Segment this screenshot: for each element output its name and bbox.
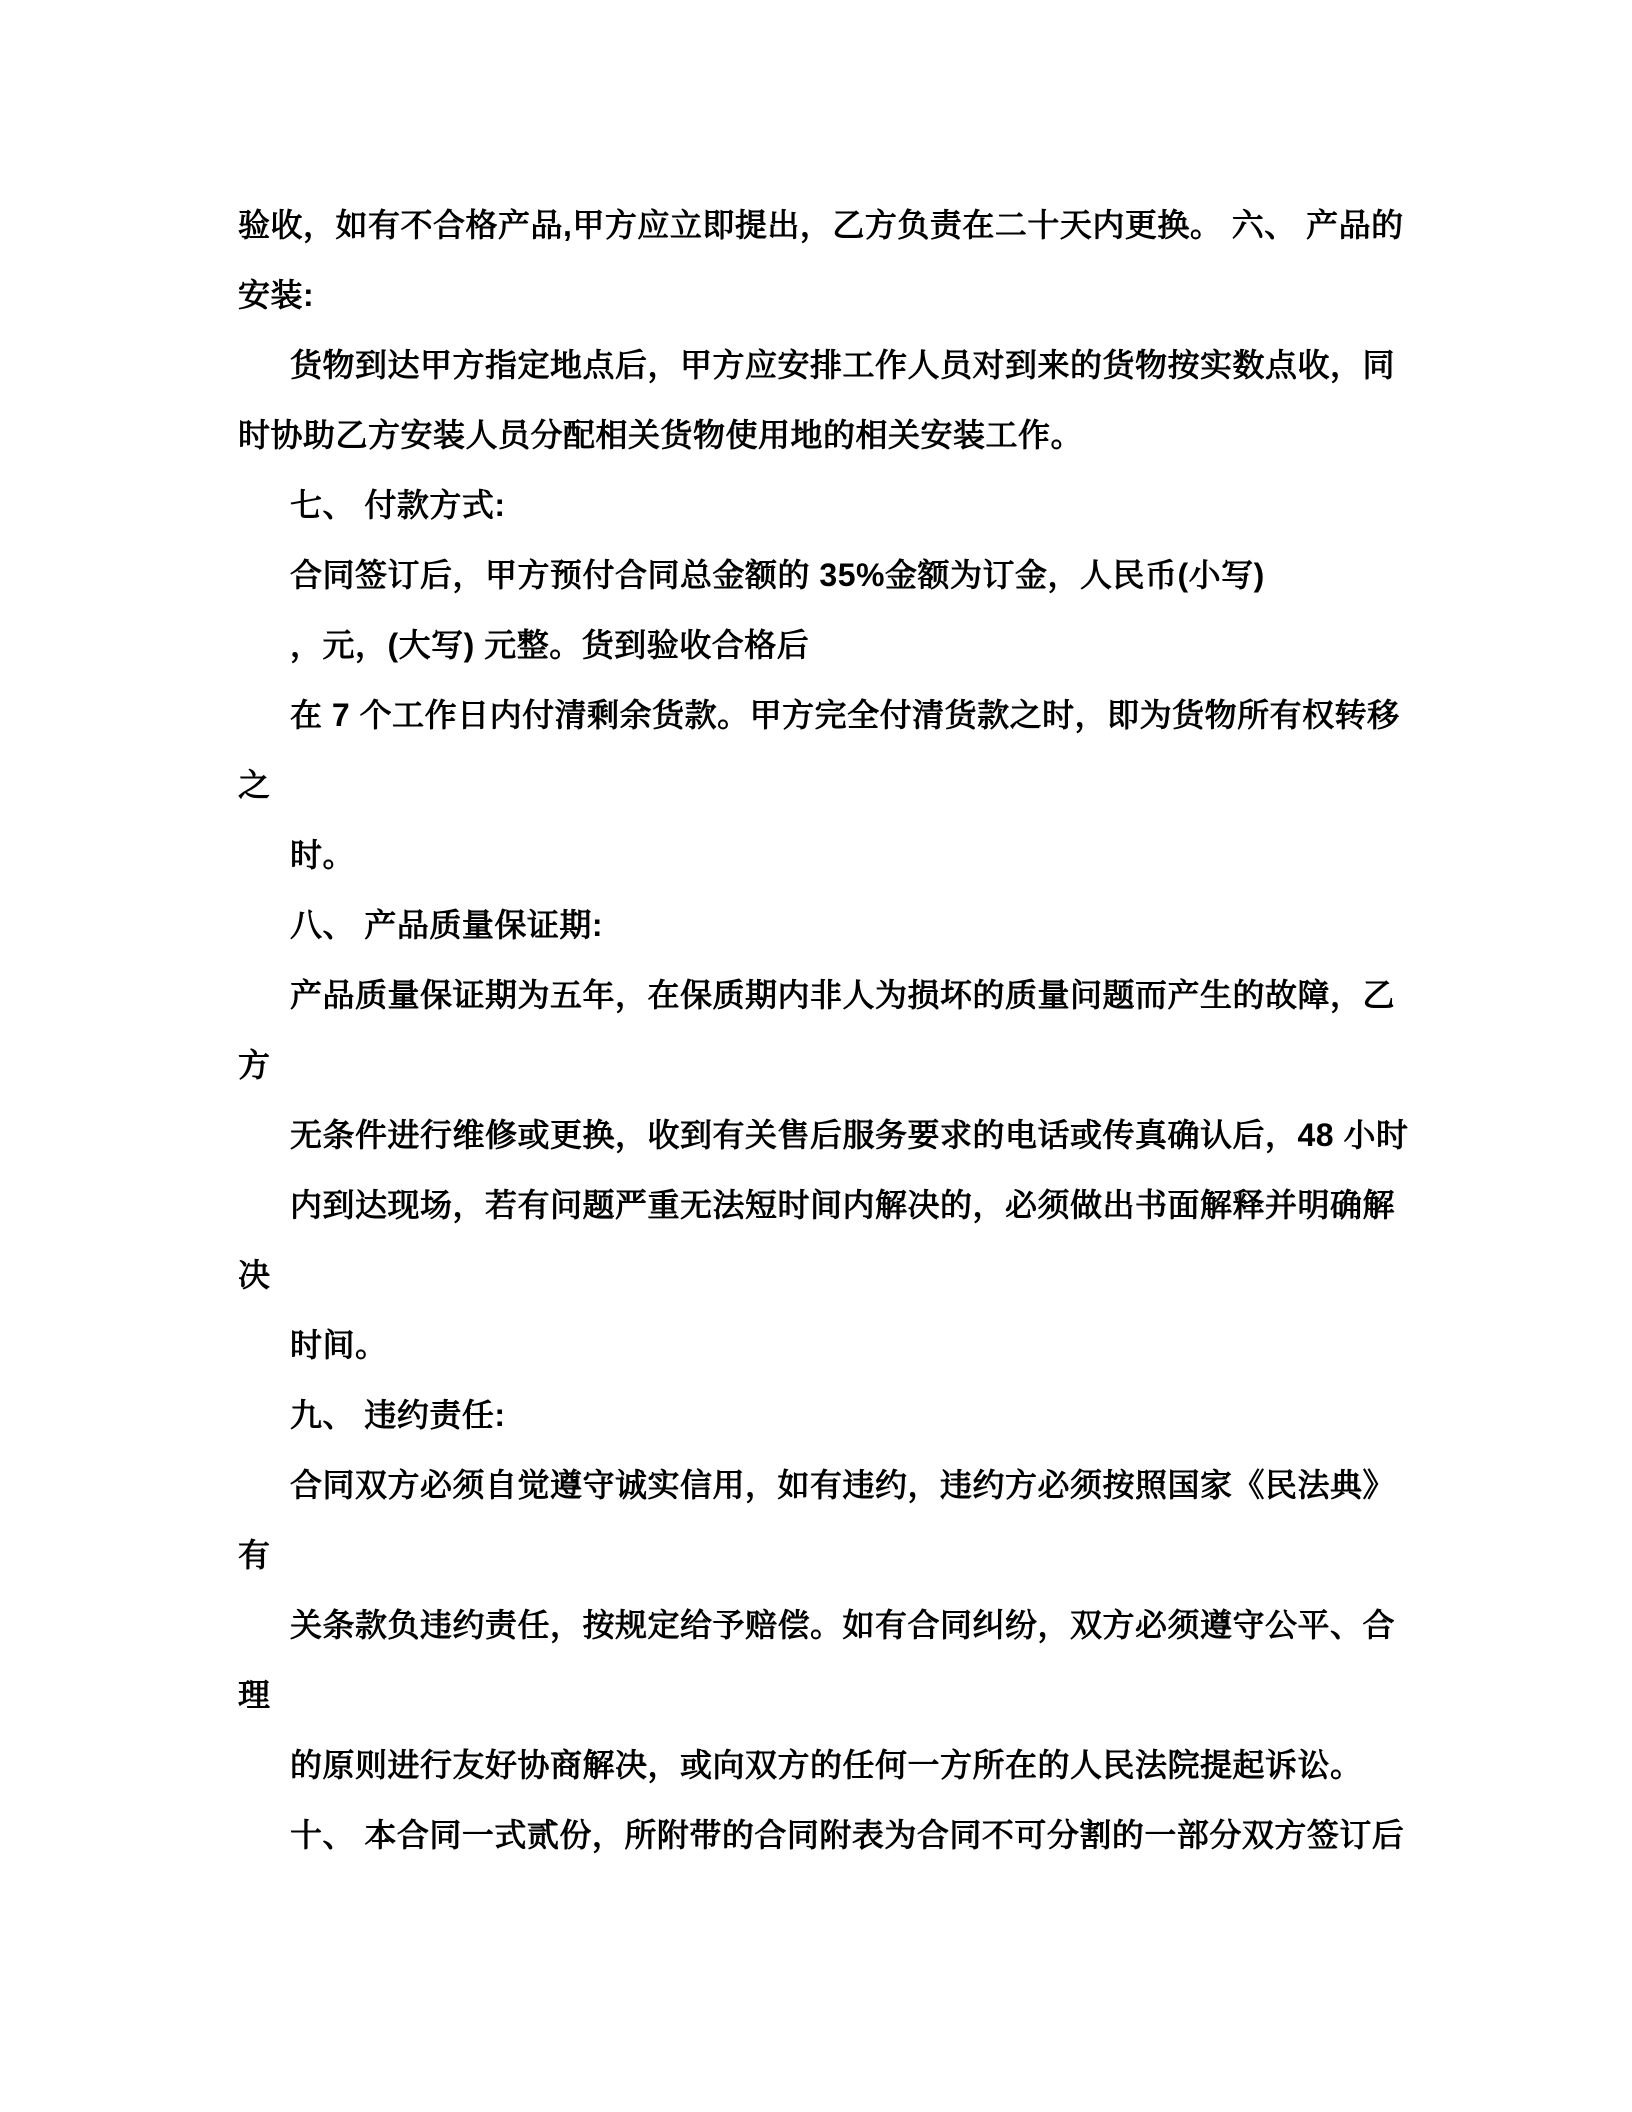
document-line: 方 [238,1030,1578,1100]
document-line: 的原则进行友好协商解决，或向双方的任何一方所在的人民法院提起诉讼。 [238,1730,1578,1800]
contract-document: 验收，如有不合格产品,甲方应立即提出，乙方负责在二十天内更换。 六、 产品的 安… [238,190,1578,1870]
document-page: 验收，如有不合格产品,甲方应立即提出，乙方负责在二十天内更换。 六、 产品的 安… [0,0,1632,2112]
document-line: 合同双方必须自觉遵守诚实信用，如有违约，违约方必须按照国家《民法典》 [238,1450,1578,1520]
document-line: 理 [238,1660,1578,1730]
document-line: 货物到达甲方指定地点后，甲方应安排工作人员对到来的货物按实数点收，同 [238,330,1578,400]
document-line: 关条款负违约责任，按规定给予赔偿。如有合同纠纷，双方必须遵守公平、合 [238,1590,1578,1660]
document-line: 合同签订后，甲方预付合同总金额的 35%金额为订金，人民币(小写) [238,540,1578,610]
document-line: 时。 [238,820,1578,890]
document-line: 验收，如有不合格产品,甲方应立即提出，乙方负责在二十天内更换。 六、 产品的 [238,190,1578,260]
document-line: 在 7 个工作日内付清剩余货款。甲方完全付清货款之时，即为货物所有权转移 [238,680,1578,750]
document-line: 时间。 [238,1310,1578,1380]
document-line-section-8: 八、 产品质量保证期: [238,890,1578,960]
document-line: 有 [238,1520,1578,1590]
document-line: 之 [238,750,1578,820]
document-line: 无条件进行维修或更换，收到有关售后服务要求的电话或传真确认后，48 小时 [238,1100,1578,1170]
document-line: 决 [238,1240,1578,1310]
document-line-section-9: 九、 违约责任: [238,1380,1578,1450]
document-line-section-7: 七、 付款方式: [238,470,1578,540]
document-line: 安装: [238,260,1578,330]
document-line-section-10: 十、 本合同一式贰份，所附带的合同附表为合同不可分割的一部分双方签订后 [238,1800,1578,1870]
document-line: 产品质量保证期为五年，在保质期内非人为损坏的质量问题而产生的故障，乙 [238,960,1578,1030]
document-line: ，元，(大写) 元整。货到验收合格后 [238,610,1578,680]
document-line: 时协助乙方安装人员分配相关货物使用地的相关安装工作。 [238,400,1578,470]
document-line: 内到达现场，若有问题严重无法短时间内解决的，必须做出书面解释并明确解 [238,1170,1578,1240]
